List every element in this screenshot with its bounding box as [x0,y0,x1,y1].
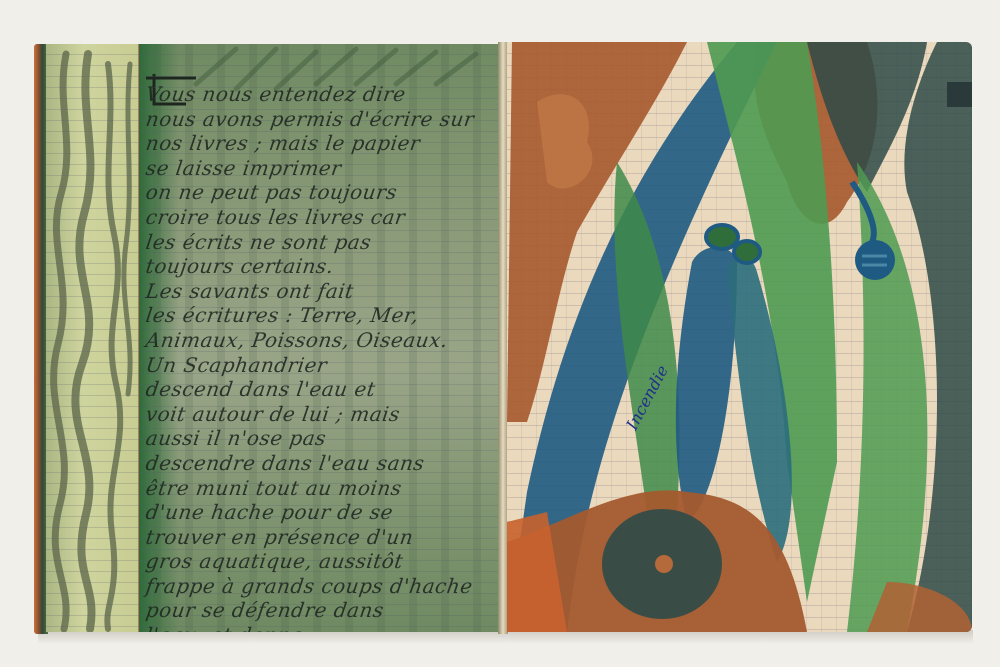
text-line: Vous nous entendez dire [144,82,497,107]
text-line: descendre dans l'eau sans [144,451,497,476]
text-line: d'une hache pour de se [144,500,497,525]
text-line: Animaux, Poissons, Oiseaux. [144,328,497,353]
text-line: voit autour de lui ; mais [144,402,497,427]
text-line: nos livres ; mais le papier [144,131,497,156]
text-line: les écritures : Terre, Mer, [144,303,497,328]
text-line: on ne peut pas toujours [144,180,497,205]
bird-head-right [734,241,760,263]
text-line: trouver en présence d'un [144,525,497,550]
text-line: Un Scaphandrier [144,353,497,378]
text-line: descend dans l'eau et [144,377,497,402]
text-line: nous avons permis d'écrire sur [144,107,497,132]
text-line: toujours certains. [144,254,497,279]
text-line: aussi il n'ose pas [144,426,497,451]
text-line: frappe à grands coups d'hache [144,574,497,599]
text-line: l'eau, et donne... [144,623,497,632]
right-page: Incendie [507,42,972,632]
text-line: pour se défendre dans [144,598,497,623]
left-page: Vous nous entendez dire nous avons permi… [46,44,501,632]
eye-center [655,555,673,573]
handwritten-text: Vous nous entendez dire nous avons permi… [146,82,496,632]
text-line: gros aquatique, aussitôt [144,549,497,574]
text-line: les écrits ne sont pas [144,230,497,255]
bird-left [676,247,737,522]
text-line: se laisse imprimer [144,156,497,181]
text-line: être muni tout au moins [144,476,497,501]
blue-pendant [855,240,895,280]
bird-head-left [706,225,738,249]
text-line: Les savants ont fait [144,279,497,304]
watercolor-painting [507,42,972,632]
text-line: croire tous les livres car [144,205,497,230]
